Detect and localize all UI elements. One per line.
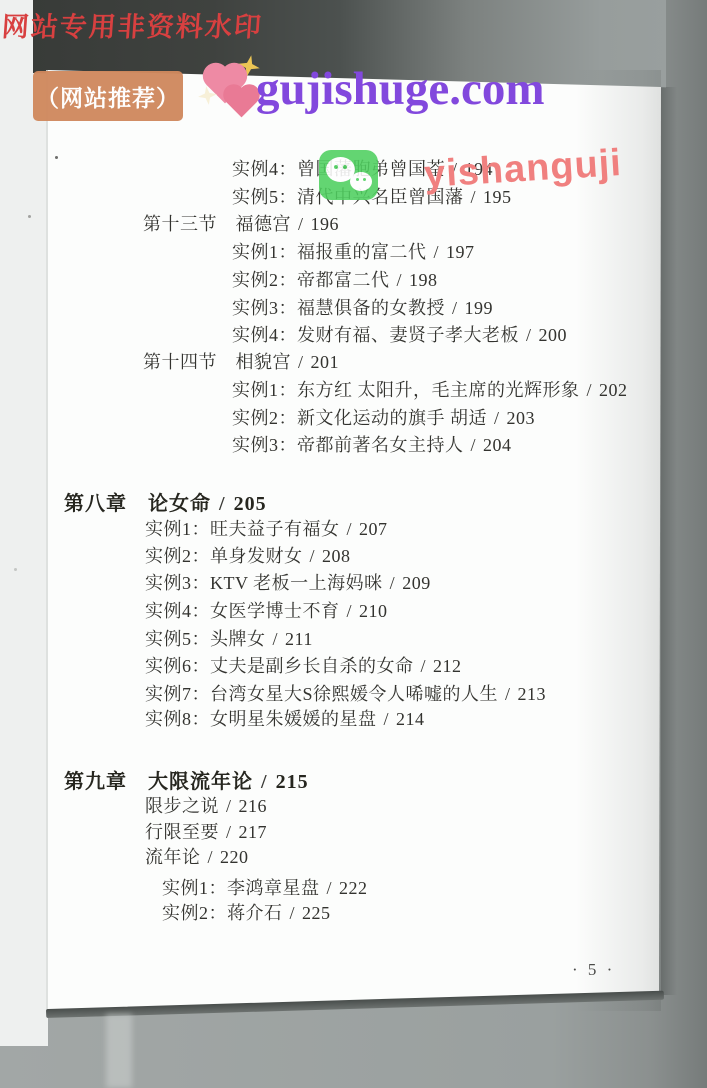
page-right-shadow xyxy=(661,87,677,995)
toc-line: 实例2：单身发财女 / 208 xyxy=(145,542,351,568)
toc-line: 实例7：台湾女星大S徐熙媛令人唏嘘的人生 / 213 xyxy=(145,680,546,706)
toc-label: 实例3：帝都前著名女主持人 xyxy=(232,435,464,455)
toc-page-number: 213 xyxy=(518,684,547,704)
toc-line: 第八章 论女命 / 205 xyxy=(64,487,267,513)
toc-page-number: 216 xyxy=(239,796,268,816)
toc-label: 实例2：帝都富二代 xyxy=(232,270,390,290)
toc-label: 第十四节 相貌宫 xyxy=(143,352,291,372)
chat-bubble-icon xyxy=(350,172,372,191)
toc-page-number: 198 xyxy=(409,270,438,290)
toc-page-number: 201 xyxy=(311,352,340,372)
toc-line: 实例4：发财有福、妻贤子孝大老板 / 200 xyxy=(232,321,567,347)
toc-label: 实例5：头牌女 xyxy=(145,629,266,649)
toc-page-number: 217 xyxy=(239,822,268,842)
toc-separator: / xyxy=(414,656,434,676)
dust-speck xyxy=(28,215,31,218)
toc-separator: / xyxy=(498,684,518,704)
toc-line: 实例2：帝都富二代 / 198 xyxy=(232,266,438,292)
toc-label: 实例1：旺夫益子有福女 xyxy=(145,519,340,539)
toc-separator: / xyxy=(340,519,360,539)
watermark-badge: （网站推荐） xyxy=(33,71,183,121)
wechat-icon xyxy=(319,150,378,200)
toc-label: 实例6：丈夫是副乡长自杀的女命 xyxy=(145,656,414,676)
toc-line: 限步之说 / 216 xyxy=(145,792,267,818)
toc-label: 流年论 xyxy=(145,847,201,867)
toc-page-number: 211 xyxy=(285,629,313,649)
toc-label: 行限至要 xyxy=(145,822,219,842)
toc-label: 实例2：单身发财女 xyxy=(145,546,303,566)
toc-line: 实例8：女明星朱媛媛的星盘 / 214 xyxy=(145,705,425,731)
toc-separator: / xyxy=(580,380,600,400)
toc-separator: / xyxy=(219,822,239,842)
watermark-top-text: 网站专用非资料水印 xyxy=(1,5,265,44)
toc-page-number: 207 xyxy=(359,519,388,539)
toc-label: 实例7：台湾女星大S徐熙媛令人唏嘘的人生 xyxy=(145,684,498,704)
toc-page-number: 212 xyxy=(433,656,462,676)
toc-line: 第九章 大限流年论 / 215 xyxy=(64,765,309,791)
toc-line: 实例2：蒋介石 / 225 xyxy=(162,899,331,925)
toc-line: 第十四节 相貌宫 / 201 xyxy=(143,348,339,374)
watermark-site-text: gujishuge.com xyxy=(256,62,545,116)
toc-page-number: 202 xyxy=(599,380,628,400)
toc-page-number: 209 xyxy=(402,573,431,593)
toc-label: 第九章 大限流年论 xyxy=(64,771,253,793)
toc-line: 实例3：帝都前著名女主持人 / 204 xyxy=(232,431,512,457)
toc-page-number: 215 xyxy=(276,771,309,793)
toc-page-number: 197 xyxy=(446,242,475,262)
toc-line: 第十三节 福德宫 / 196 xyxy=(143,210,339,236)
toc-page-number: 214 xyxy=(396,709,425,729)
toc-line: 实例3：KTV 老板一上海妈咪 / 209 xyxy=(145,569,431,595)
toc-separator: / xyxy=(464,435,484,455)
toc-page-number: 196 xyxy=(311,214,340,234)
toc-line: 实例1：李鸿章星盘 / 222 xyxy=(162,874,368,900)
toc-label: 实例4：女医学博士不育 xyxy=(145,601,340,621)
toc-separator: / xyxy=(211,493,234,515)
toc-label: 实例3：福慧俱备的女教授 xyxy=(232,298,445,318)
scan-light-streak xyxy=(106,1014,132,1088)
toc-label: 实例3：KTV 老板一上海妈咪 xyxy=(145,573,383,593)
toc-label: 实例4：发财有福、妻贤子孝大老板 xyxy=(232,325,519,345)
toc-separator: / xyxy=(383,573,403,593)
scanner-background-left xyxy=(0,0,48,1046)
toc-label: 实例1：李鸿章星盘 xyxy=(162,878,320,898)
toc-separator: / xyxy=(390,270,410,290)
toc-line: 实例5：头牌女 / 211 xyxy=(145,625,313,651)
toc-separator: / xyxy=(291,352,311,372)
toc-line: 实例1：东方红 太阳升，毛主席的光辉形象 / 202 xyxy=(232,376,628,402)
toc-separator: / xyxy=(266,629,286,649)
watermark-badge-label: （网站推荐） xyxy=(36,80,180,113)
toc-line: 行限至要 / 217 xyxy=(145,818,267,844)
toc-line: 实例1：旺夫益子有福女 / 207 xyxy=(145,515,388,541)
page-fold-line xyxy=(46,70,48,1011)
toc-label: 实例2：蒋介石 xyxy=(162,903,283,923)
toc-page-number: 205 xyxy=(234,493,267,515)
page-number: · 5 · xyxy=(572,960,615,980)
toc-page-number: 210 xyxy=(359,601,388,621)
toc-line: 流年论 / 220 xyxy=(145,843,249,869)
toc-separator: / xyxy=(291,214,311,234)
toc-label: 实例2：新文化运动的旗手 胡适 xyxy=(232,408,487,428)
toc-page-number: 199 xyxy=(465,298,494,318)
toc-line: 实例1：福报重的富二代 / 197 xyxy=(232,238,475,264)
toc-page-number: 220 xyxy=(220,847,249,867)
toc-page-number: 208 xyxy=(322,546,351,566)
toc-page-number: 204 xyxy=(483,435,512,455)
toc-page-number: 203 xyxy=(507,408,536,428)
toc-separator: / xyxy=(445,298,465,318)
toc-separator: / xyxy=(303,546,323,566)
toc-page-number: 222 xyxy=(339,878,368,898)
toc-label: 第十三节 福德宫 xyxy=(143,214,291,234)
toc-line: 实例4：女医学博士不育 / 210 xyxy=(145,597,388,623)
toc-separator: / xyxy=(283,903,303,923)
toc-separator: / xyxy=(253,771,276,793)
toc-label: 限步之说 xyxy=(145,796,219,816)
toc-page-number: 200 xyxy=(539,325,568,345)
toc-separator: / xyxy=(427,242,447,262)
scanned-book-page: 实例4：曾国藩胞弟曾国荃 / 194实例5：清代中兴名臣曾国藩 / 195第十三… xyxy=(0,0,707,1088)
dust-speck xyxy=(14,568,17,571)
toc-label: 实例1：福报重的富二代 xyxy=(232,242,427,262)
toc-separator: / xyxy=(320,878,340,898)
toc-line: 实例3：福慧俱备的女教授 / 199 xyxy=(232,294,493,320)
dust-speck xyxy=(55,156,58,159)
toc-separator: / xyxy=(487,408,507,428)
toc-separator: / xyxy=(219,796,239,816)
toc-line: 实例2：新文化运动的旗手 胡适 / 203 xyxy=(232,404,535,430)
toc-separator: / xyxy=(377,709,397,729)
toc-page-number: 225 xyxy=(302,903,331,923)
toc-separator: / xyxy=(340,601,360,621)
toc-label: 实例1：东方红 太阳升，毛主席的光辉形象 xyxy=(232,380,580,400)
toc-label: 第八章 论女命 xyxy=(64,493,211,515)
toc-separator: / xyxy=(519,325,539,345)
toc-separator: / xyxy=(201,847,221,867)
toc-label: 实例8：女明星朱媛媛的星盘 xyxy=(145,709,377,729)
toc-line: 实例6：丈夫是副乡长自杀的女命 / 212 xyxy=(145,652,462,678)
